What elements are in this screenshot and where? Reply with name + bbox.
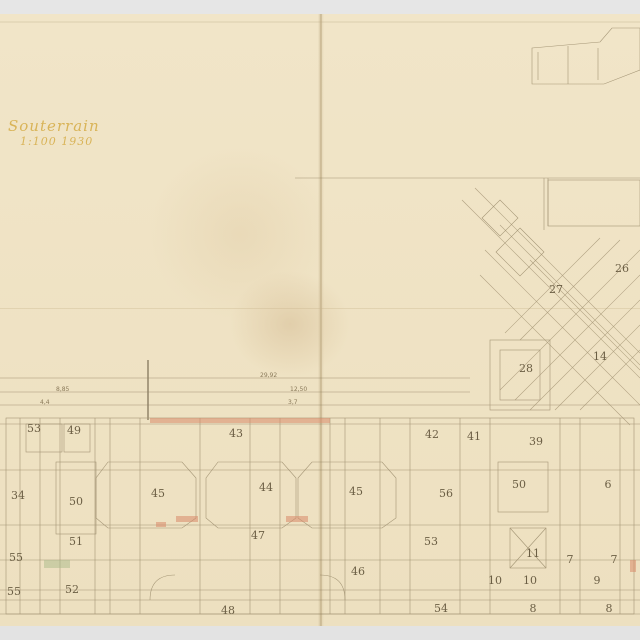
room-label-45: 45 xyxy=(151,487,165,500)
dim-left: 8,85 xyxy=(56,386,70,393)
room-label-7: 7 xyxy=(567,553,574,566)
room-label-34: 34 xyxy=(11,489,25,502)
room-label-50: 50 xyxy=(69,495,83,508)
room-label-39: 39 xyxy=(529,435,543,448)
floor-plan: 29,92 8,85 12,50 4,4 3,7 534934505155525… xyxy=(0,0,640,640)
dim-small-a: 4,4 xyxy=(40,399,50,406)
room-label-46: 46 xyxy=(351,565,365,578)
room-label-45: 45 xyxy=(349,485,363,498)
room-label-47: 47 xyxy=(251,529,265,542)
room-label-52: 52 xyxy=(65,583,79,596)
bottom-margin xyxy=(0,626,640,640)
room-label-42: 42 xyxy=(425,428,439,441)
room-label-43: 43 xyxy=(229,427,243,440)
room-label-53: 53 xyxy=(27,422,41,435)
dim-overall: 29,92 xyxy=(260,372,277,379)
dim-mid: 12,50 xyxy=(290,386,307,393)
room-label-6: 6 xyxy=(605,478,612,491)
room-label-55: 55 xyxy=(9,551,23,564)
room-label-56: 56 xyxy=(439,487,453,500)
green-mark xyxy=(44,560,70,568)
room-label-10: 10 xyxy=(488,574,502,587)
room-label-48: 48 xyxy=(221,604,235,617)
room-label-27: 27 xyxy=(549,283,563,296)
room-labels: 5349345051555255434544454746484241395650… xyxy=(7,262,629,617)
room-label-10: 10 xyxy=(523,574,537,587)
room-label-55: 55 xyxy=(7,585,21,598)
room-label-14: 14 xyxy=(593,350,607,363)
room-label-8: 8 xyxy=(606,602,613,615)
plan-linework xyxy=(0,22,640,614)
room-label-28: 28 xyxy=(519,362,533,375)
room-label-7: 7 xyxy=(611,553,618,566)
room-label-44: 44 xyxy=(259,481,273,494)
room-label-41: 41 xyxy=(467,430,481,443)
room-label-51: 51 xyxy=(69,535,83,548)
room-label-50: 50 xyxy=(512,478,526,491)
dim-small-b: 3,7 xyxy=(288,399,298,406)
room-label-11: 11 xyxy=(526,547,540,560)
room-label-26: 26 xyxy=(615,262,629,275)
room-label-9: 9 xyxy=(594,574,601,587)
room-label-8: 8 xyxy=(530,602,537,615)
room-label-53: 53 xyxy=(424,535,438,548)
room-label-54: 54 xyxy=(434,602,448,615)
red-wall-accents xyxy=(150,418,636,572)
room-label-49: 49 xyxy=(67,424,81,437)
